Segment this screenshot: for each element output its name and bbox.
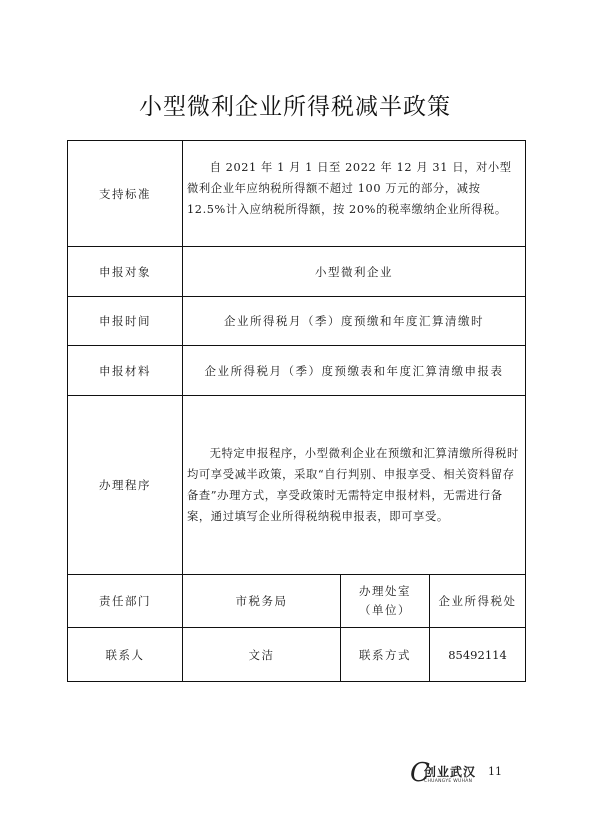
row-value-contact: 文洁 bbox=[183, 628, 341, 682]
row-label-applicant: 申报对象 bbox=[68, 247, 183, 297]
policy-table: 支持标准 自 2021 年 1 月 1 日至 2022 年 12 月 31 日，… bbox=[67, 140, 526, 682]
page-number: 11 bbox=[488, 765, 502, 778]
row-label-procedure: 办理程序 bbox=[68, 396, 183, 575]
row-label-filing-materials: 申报材料 bbox=[68, 346, 183, 396]
row-value-responsible-dept: 市税务局 bbox=[183, 575, 341, 628]
row-label-support-standard: 支持标准 bbox=[68, 141, 183, 247]
row-value-procedure: 无特定申报程序，小型微利企业在预缴和汇算清缴所得税时均可享受减半政策，采取“自行… bbox=[183, 396, 526, 575]
page-title: 小型微利企业所得税减半政策 bbox=[0, 88, 590, 121]
table-row-procedure: 办理程序 无特定申报程序，小型微利企业在预缴和汇算清缴所得税时均可享受减半政策，… bbox=[68, 396, 526, 575]
table-row-contact: 联系人 文洁 联系方式 85492114 bbox=[68, 628, 526, 682]
row-label-contact: 联系人 bbox=[68, 628, 183, 682]
row-label-responsible-dept: 责任部门 bbox=[68, 575, 183, 628]
phone-label: 联系方式 bbox=[341, 628, 430, 682]
phone-value: 85492114 bbox=[430, 628, 526, 682]
row-value-filing-materials: 企业所得税月（季）度预缴表和年度汇算清缴申报表 bbox=[183, 346, 526, 396]
row-value-filing-time: 企业所得税月（季）度预缴和年度汇算清缴时 bbox=[183, 297, 526, 346]
row-value-applicant: 小型微利企业 bbox=[183, 247, 526, 297]
logo-text-cn: 创业武汉 bbox=[424, 763, 476, 780]
row-label-filing-time: 申报时间 bbox=[68, 297, 183, 346]
office-value: 企业所得税处 bbox=[430, 575, 526, 628]
office-label-line1: 办理处室 bbox=[341, 582, 429, 601]
table-row-filing-materials: 申报材料 企业所得税月（季）度预缴表和年度汇算清缴申报表 bbox=[68, 346, 526, 396]
office-label: 办理处室 （单位） bbox=[341, 575, 430, 628]
chuangye-wuhan-logo: C 创业武汉 CHUANGYE WUHAN bbox=[410, 760, 482, 788]
logo-text-en: CHUANGYE WUHAN bbox=[424, 779, 472, 784]
row-value-support-standard: 自 2021 年 1 月 1 日至 2022 年 12 月 31 日，对小型微利… bbox=[183, 141, 526, 247]
table-row-support-standard: 支持标准 自 2021 年 1 月 1 日至 2022 年 12 月 31 日，… bbox=[68, 141, 526, 247]
table-row-responsible-dept: 责任部门 市税务局 办理处室 （单位） 企业所得税处 bbox=[68, 575, 526, 628]
table-row-applicant: 申报对象 小型微利企业 bbox=[68, 247, 526, 297]
table-row-filing-time: 申报时间 企业所得税月（季）度预缴和年度汇算清缴时 bbox=[68, 297, 526, 346]
office-label-line2: （单位） bbox=[341, 601, 429, 620]
